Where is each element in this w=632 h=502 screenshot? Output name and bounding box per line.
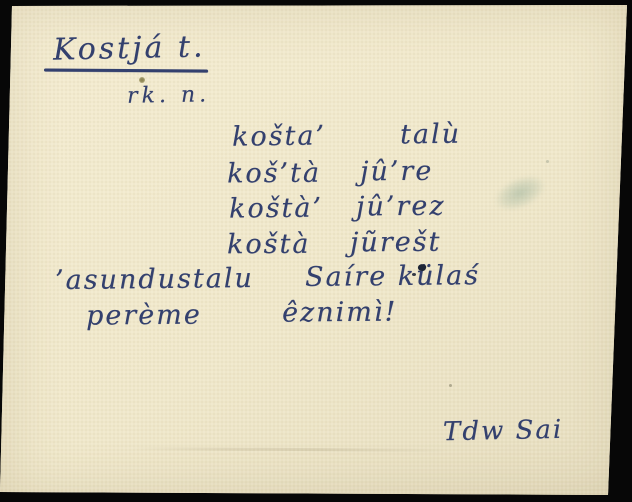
- note-0-right: Saíre külaś: [305, 260, 480, 293]
- page-title: Kostjá t.: [53, 29, 206, 67]
- word-pair-2-left: koštà’: [229, 193, 323, 225]
- word-pair-2-right: jû’rez: [356, 191, 446, 223]
- note-1-left: perème: [86, 299, 202, 331]
- scan-background: Kostjá t. rk. n. košta’ talù koš’tà jû’r…: [0, 0, 632, 502]
- title-underline: [44, 68, 208, 72]
- note-1-right: êznimì!: [282, 296, 398, 328]
- word-pair-0-right: talù: [400, 119, 461, 151]
- subtitle: rk. n.: [127, 82, 210, 108]
- green-stain: [489, 168, 551, 217]
- scanned-card: Kostjá t. rk. n. košta’ talù koš’tà jû’r…: [0, 0, 632, 502]
- note-0-left: ’asundustalu: [55, 263, 254, 296]
- ink-blot-small: [412, 273, 416, 276]
- word-pair-3-right: jũrešt: [350, 227, 442, 259]
- word-pair-1-right: jû’re: [360, 156, 434, 188]
- paper-speck: [449, 384, 452, 387]
- paper-speck: [139, 77, 145, 83]
- crease-line: [130, 447, 450, 452]
- signature: Tdw Sai: [443, 415, 564, 448]
- word-pair-0-left: košta’: [232, 120, 326, 152]
- word-pair-1-left: koš’tà: [227, 158, 321, 190]
- word-pair-3-left: koštà: [227, 229, 311, 261]
- paper-speck: [546, 160, 549, 163]
